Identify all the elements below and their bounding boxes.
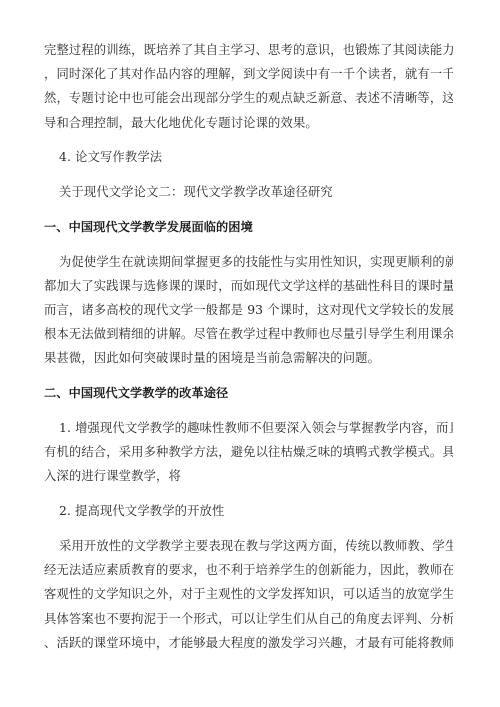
text-line: 有机的结合，采用多种教学方法，避免以往枯燥乏味的填鸭式教学模式。具体来说，教师可… — [44, 440, 453, 464]
text-line: 具体答案也不要拘泥于一个形式，可以让学生们从自己的角度去评判、分析作品。学生只有… — [44, 607, 453, 631]
document-page: 完整过程的训练，既培养了其自主学习、思考的意识，也锻炼了其阅读能力、思考能力和表… — [44, 38, 453, 655]
reform-item-2-paragraph: 采用开放性的文学教学主要表现在教与学这两方面，传统以教师教、学生听为主的教学模式… — [44, 534, 453, 655]
section-1-paragraph: 为促使学生在就读期间掌握更多的技能性与实用性知识，实现更顺利的就业，当前的很多高… — [44, 250, 453, 371]
text-line: 采用开放性的文学教学主要表现在教与学这两方面，传统以教师教、学生听为主的教学模式… — [44, 534, 453, 558]
section-heading-dilemma: 一、中国现代文学教学发展面临的困境 — [44, 215, 453, 239]
text-line: 入深的进行课堂教学，将 — [44, 464, 453, 488]
text-line: 客观性的文学知识之外，对于主观性的文学发挥知识，可以适当的放宽学生们的思考、想象… — [44, 582, 453, 606]
reform-item-1: 1. 增强现代文学教学的趣味性教师不但要深入领会与掌握教学内容，而且要做到将知识… — [44, 416, 453, 489]
section-heading-reform: 二、中国现代文学教学的改革途径 — [44, 381, 453, 405]
reform-item-2-title: 2. 提高现代文学教学的开放性 — [44, 499, 453, 523]
text-line: 经无法适应素质教育的要求，也不利于培养学生的创新能力，因此，教师在教的过程中，除… — [44, 558, 453, 582]
text-line: 果甚微，因此如何突破课时量的困境是当前急需解决的问题。 — [44, 346, 453, 370]
text-line: 1. 增强现代文学教学的趣味性教师不但要深入领会与掌握教学内容，而且要做到将知识… — [44, 416, 453, 440]
text-line: ，同时深化了其对作品内容的理解，到文学阅读中有一千个读者，就有一千个哈姆雷特的乐… — [44, 62, 453, 86]
text-line: 然，专题讨论中也可能会出现部分学生的观点缺乏新意、表述不清晰等，这就需要教师进行… — [44, 86, 453, 110]
paper-title: 关于现代文学论文二：现代文学教学改革途径研究 — [44, 180, 453, 204]
text-line: 为促使学生在就读期间掌握更多的技能性与实用性知识，实现更顺利的就业，当前的很多高… — [44, 250, 453, 274]
text-line: 完整过程的训练，既培养了其自主学习、思考的意识，也锻炼了其阅读能力、思考能力和表… — [44, 38, 453, 62]
text-line: 、活跃的课堂环境中，才能够最大程度的激发学习兴趣，才最有可能将教师讲授的专业知识… — [44, 631, 453, 655]
text-line: 导和合理控制，最大化地优化专题讨论课的效果。 — [44, 111, 453, 135]
intro-paragraph: 完整过程的训练，既培养了其自主学习、思考的意识，也锻炼了其阅读能力、思考能力和表… — [44, 38, 453, 135]
subheading-paper-writing-method: 4. 论文写作教学法 — [44, 145, 453, 169]
text-line: 根本无法做到精细的讲解。尽管在教学过程中教师也尽量引导学生利用课余时间自己去学习… — [44, 322, 453, 346]
text-line: 而言，诸多高校的现代文学一般都是 93 个课时，这对现代文学较长的发展史与众多文… — [44, 298, 453, 322]
text-line: 都加大了实践课与选修课的课时，而如现代文学这样的基础性科目的课时量则被大幅压缩。… — [44, 274, 453, 298]
